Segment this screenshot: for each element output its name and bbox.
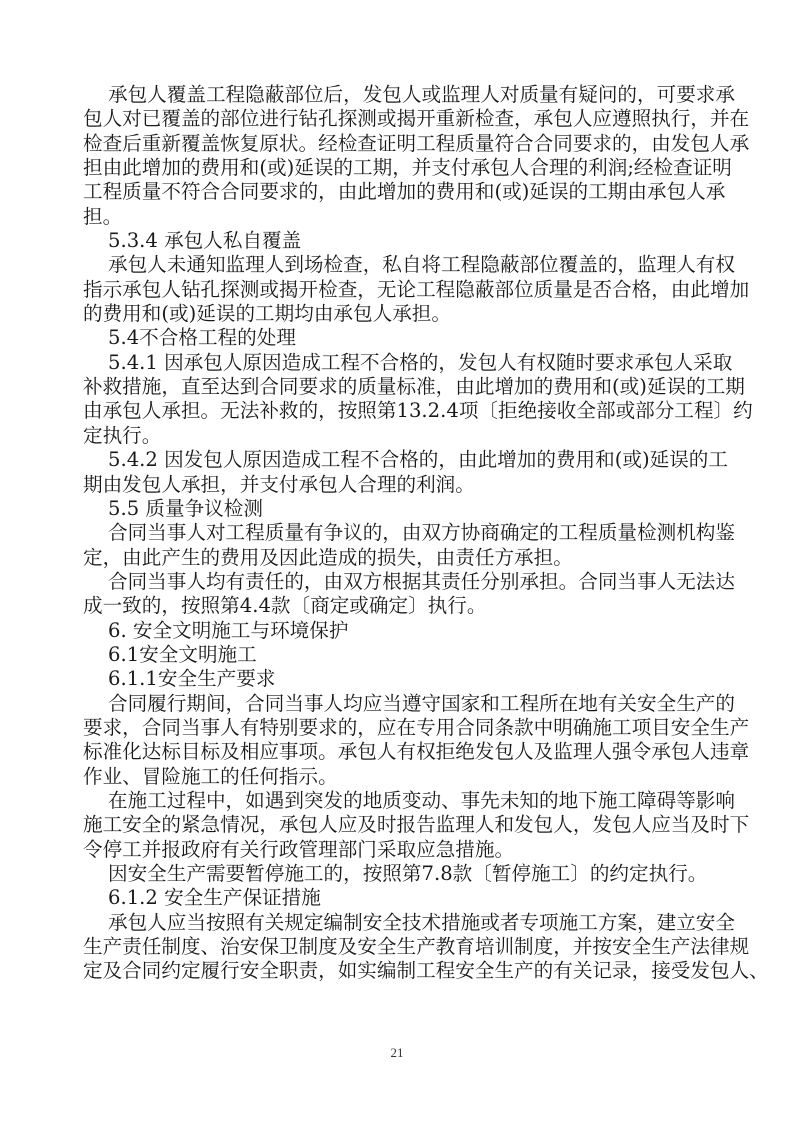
text-line: 检查后重新覆盖恢复原状。经检查证明工程质量符合合同要求的，由发包人承	[83, 132, 715, 156]
text-line: 6.1.2 安全生产保证措施	[83, 886, 715, 910]
text-line: 补救措施，直至达到合同要求的质量标准，由此增加的费用和(或)延误的工期	[83, 375, 715, 399]
page-number: 21	[0, 1045, 794, 1061]
text-line: 6.1安全文明施工	[83, 643, 715, 667]
text-line: 施工安全的紧急情况，承包人应及时报告监理人和发包人，发包人应当及时下	[83, 813, 715, 837]
text-line: 成一致的，按照第4.4款〔商定或确定〕执行。	[83, 594, 715, 618]
text-line: 5.5 质量争议检测	[83, 497, 715, 521]
text-line: 工程质量不符合合同要求的，由此增加的费用和(或)延误的工期由承包人承	[83, 180, 715, 204]
text-line: 包人对已覆盖的部位进行钻孔探测或揭开重新检查，承包人应遵照执行，并在	[83, 107, 715, 131]
text-line: 担由此增加的费用和(或)延误的工期，并支付承包人合理的利润;经检查证明	[83, 156, 715, 180]
text-line: 要求，合同当事人有特别要求的，应在专用合同条款中明确施工项目安全生产	[83, 716, 715, 740]
text-line: 承包人未通知监理人到场检查，私自将工程隐蔽部位覆盖的，监理人有权	[83, 253, 715, 277]
text-line: 期由发包人承担，并支付承包人合理的利润。	[83, 473, 715, 497]
text-line: 5.3.4 承包人私自覆盖	[83, 229, 715, 253]
text-line: 担。	[83, 205, 715, 229]
text-line: 承包人应当按照有关规定编制安全技术措施或者专项施工方案，建立安全	[83, 911, 715, 935]
text-line: 合同当事人均有责任的，由双方根据其责任分别承担。合同当事人无法达	[83, 570, 715, 594]
text-line: 令停工并报政府有关行政管理部门采取应急措施。	[83, 838, 715, 862]
text-line: 作业、冒险施工的任何指示。	[83, 765, 715, 789]
document-page: 承包人覆盖工程隐蔽部位后，发包人或监理人对质量有疑问的，可要求承包人对已覆盖的部…	[0, 0, 794, 1122]
text-line: 因安全生产需要暂停施工的，按照第7.8款〔暂停施工〕的约定执行。	[83, 862, 715, 886]
text-line: 5.4.1 因承包人原因造成工程不合格的，发包人有权随时要求承包人采取	[83, 351, 715, 375]
document-body: 承包人覆盖工程隐蔽部位后，发包人或监理人对质量有疑问的，可要求承包人对已覆盖的部…	[83, 83, 715, 984]
text-line: 定，由此产生的费用及因此造成的损失，由责任方承担。	[83, 546, 715, 570]
text-line: 的费用和(或)延误的工期均由承包人承担。	[83, 302, 715, 326]
text-line: 生产责任制度、治安保卫制度及安全生产教育培训制度，并按安全生产法律规	[83, 935, 715, 959]
text-line: 由承包人承担。无法补救的，按照第13.2.4项〔拒绝接收全部或部分工程〕约	[83, 399, 715, 423]
text-line: 承包人覆盖工程隐蔽部位后，发包人或监理人对质量有疑问的，可要求承	[83, 83, 715, 107]
text-line: 指示承包人钻孔探测或揭开检查，无论工程隐蔽部位质量是否合格，由此增加	[83, 278, 715, 302]
text-line: 合同当事人对工程质量有争议的，由双方协商确定的工程质量检测机构鉴	[83, 521, 715, 545]
text-line: 6. 安全文明施工与环境保护	[83, 619, 715, 643]
text-line: 5.4.2 因发包人原因造成工程不合格的，由此增加的费用和(或)延误的工	[83, 448, 715, 472]
text-line: 定及合同约定履行安全职责，如实编制工程安全生产的有关记录，接受发包人、	[83, 959, 715, 983]
text-line: 合同履行期间，合同当事人均应当遵守国家和工程所在地有关安全生产的	[83, 692, 715, 716]
text-line: 在施工过程中，如遇到突发的地质变动、事先未知的地下施工障碍等影响	[83, 789, 715, 813]
text-line: 定执行。	[83, 424, 715, 448]
text-line: 5.4不合格工程的处理	[83, 326, 715, 350]
text-line: 标准化达标目标及相应事项。承包人有权拒绝发包人及监理人强令承包人违章	[83, 740, 715, 764]
text-line: 6.1.1安全生产要求	[83, 667, 715, 691]
